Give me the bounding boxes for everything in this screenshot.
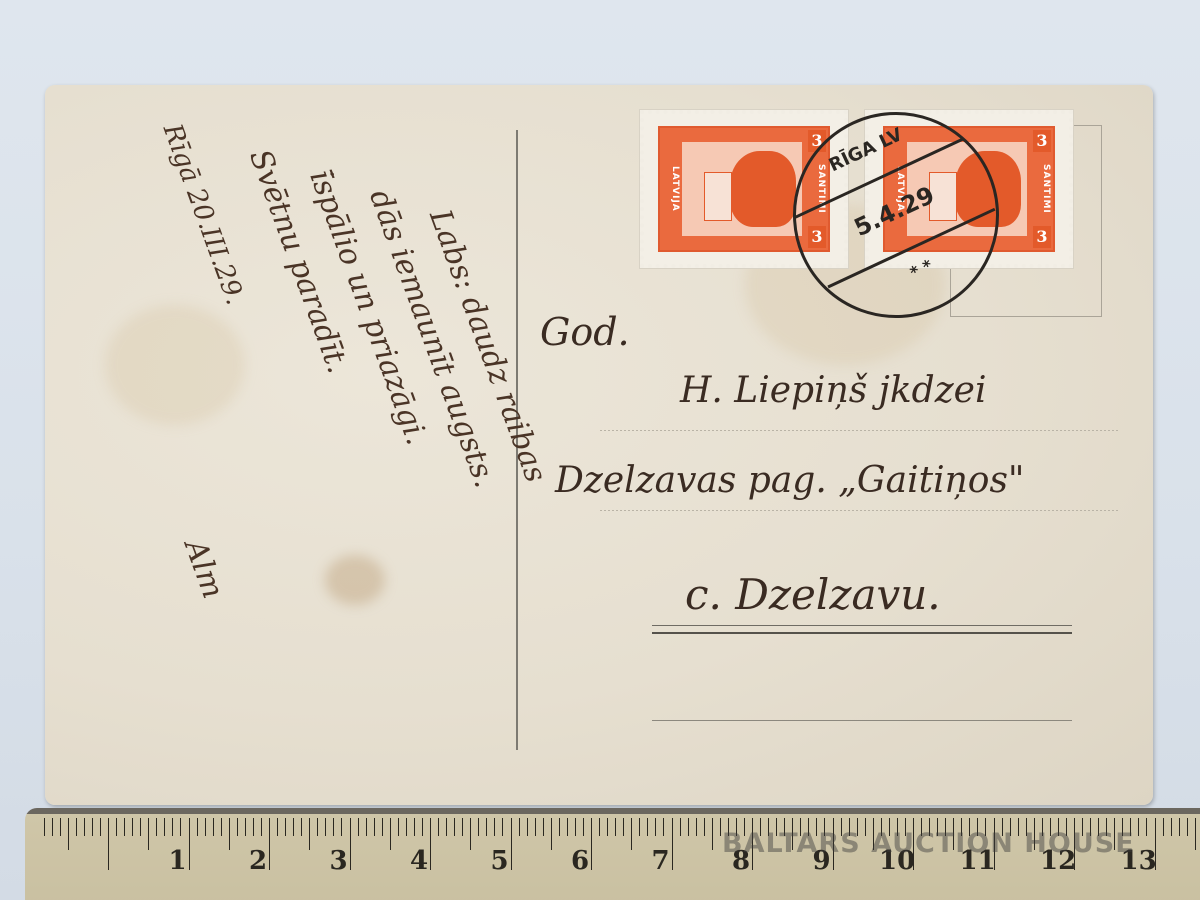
ruler-tick [108,818,109,870]
ruler-tick [623,818,624,836]
ruler-tick [333,818,334,836]
ruler-label: 1 [169,846,187,876]
stamp-country: LATVIJA [662,142,680,236]
ruler-tick [398,818,399,836]
ruler-tick [454,818,455,836]
ruler-tick [615,818,616,836]
ruler-tick [148,818,149,850]
ruler-tick [92,818,93,836]
ruler-tick [599,818,600,836]
ruler-tick [116,818,117,836]
ruler-tick [1163,818,1164,836]
ruler-tick [140,818,141,836]
ruler-tick [720,818,721,836]
ruler-tick [406,818,407,836]
watermark: BALTARS AUCTION HOUSE [722,828,1135,859]
address-line-3: c. Dzelzavu. [685,570,941,619]
ruler-tick [470,818,471,850]
ruler-tick [494,818,495,836]
ruler-tick [205,818,206,836]
ruler-tick [1195,818,1196,850]
ruler-tick [1138,818,1139,836]
stain [105,305,245,425]
ruler-tick [124,818,125,836]
ruler-tick [253,818,254,836]
ruler-tick [591,818,592,870]
ruler-tick [341,818,342,836]
dateline: Rīgā 20.III.29. [157,120,250,309]
ruler-tick [430,818,431,870]
ruler-tick [446,818,447,836]
address-line-2: Dzelzavas pag. „Gaitiņos" [555,460,1025,501]
ruler-tick [84,818,85,836]
ruler-tick [655,818,656,836]
address-line [600,510,1120,511]
ruler-tick [696,818,697,836]
ruler-tick [350,818,351,870]
ruler-tick [1179,818,1180,836]
ruler-tick [382,818,383,836]
ruler-tick [213,818,214,836]
ruler-tick [1146,818,1147,836]
ruler-tick [647,818,648,836]
ruler-tick [277,818,278,836]
ruler-tick [680,818,681,836]
ruler-tick [237,818,238,836]
signature: Alm [177,535,230,603]
address-underline [652,625,1072,634]
ruler-tick [583,818,584,836]
ruler-tick [229,818,230,850]
ruler-tick [76,818,77,836]
ruler-tick [358,818,359,836]
ruler-tick [414,818,415,836]
ruler-tick [559,818,560,836]
ruler-tick [60,818,61,836]
stamp-denomination: 3 [1033,226,1051,248]
address-salutation: God. [540,310,630,354]
ruler-tick [309,818,310,850]
ruler-tick [631,818,632,850]
ruler-label: 5 [491,846,509,876]
ruler-tick [390,818,391,850]
ruler-tick [68,818,69,850]
ruler-tick [607,818,608,836]
ruler-tick [164,818,165,836]
ruler-tick [712,818,713,850]
ruler-tick [189,818,190,870]
ruler-tick [1187,818,1188,836]
ruler-tick [293,818,294,836]
ruler-tick [301,818,302,836]
ruler-tick [567,818,568,836]
ruler-tick [132,818,133,836]
ruler-tick [575,818,576,836]
ruler-tick [535,818,536,836]
address-line [600,430,1120,431]
ruler-tick [261,818,262,836]
ruler-tick [366,818,367,836]
ruler-tick [519,818,520,836]
ruler-tick [672,818,673,870]
ruler-tick [221,818,222,836]
ruler-tick [688,818,689,836]
ruler-tick [269,818,270,870]
address-recipient: H. Liepiņš jkdzei [680,370,986,411]
ruler-tick [502,818,503,836]
stain [325,555,385,605]
ruler-tick [317,818,318,836]
ruler-tick [100,818,101,836]
ruler-tick [52,818,53,836]
postcard: Labs: daudz raibas dās iemaunīt augsts. … [45,85,1153,805]
stamp-denomination: 3 [1033,130,1051,152]
ruler-tick [511,818,512,870]
stamp-unit: SANTIMI [1033,158,1051,220]
ruler-tick [325,818,326,836]
ruler-tick [156,818,157,836]
ruler-tick [1171,818,1172,836]
tower-icon [704,172,732,221]
ruler-tick [285,818,286,836]
ruler-tick [663,818,664,836]
ruler-label: 2 [249,846,267,876]
ruler-tick [44,818,45,836]
ruler-tick [172,818,173,836]
ruler-label: 4 [410,846,428,876]
ruler-tick [180,818,181,836]
ruler-tick [197,818,198,836]
ruler-tick [438,818,439,836]
ruler-label: 6 [571,846,589,876]
ruler-tick [527,818,528,836]
ruler-label: 3 [330,846,348,876]
ruler-tick [462,818,463,836]
address-line [652,720,1072,721]
ruler-tick [551,818,552,850]
ruler-label: 7 [652,846,670,876]
ruler-tick [486,818,487,836]
ruler-tick [245,818,246,836]
ruler-tick [639,818,640,836]
ruler-tick [478,818,479,836]
ruler-tick [422,818,423,836]
ruler-tick [704,818,705,836]
ruler-tick [374,818,375,836]
ruler-tick [543,818,544,836]
